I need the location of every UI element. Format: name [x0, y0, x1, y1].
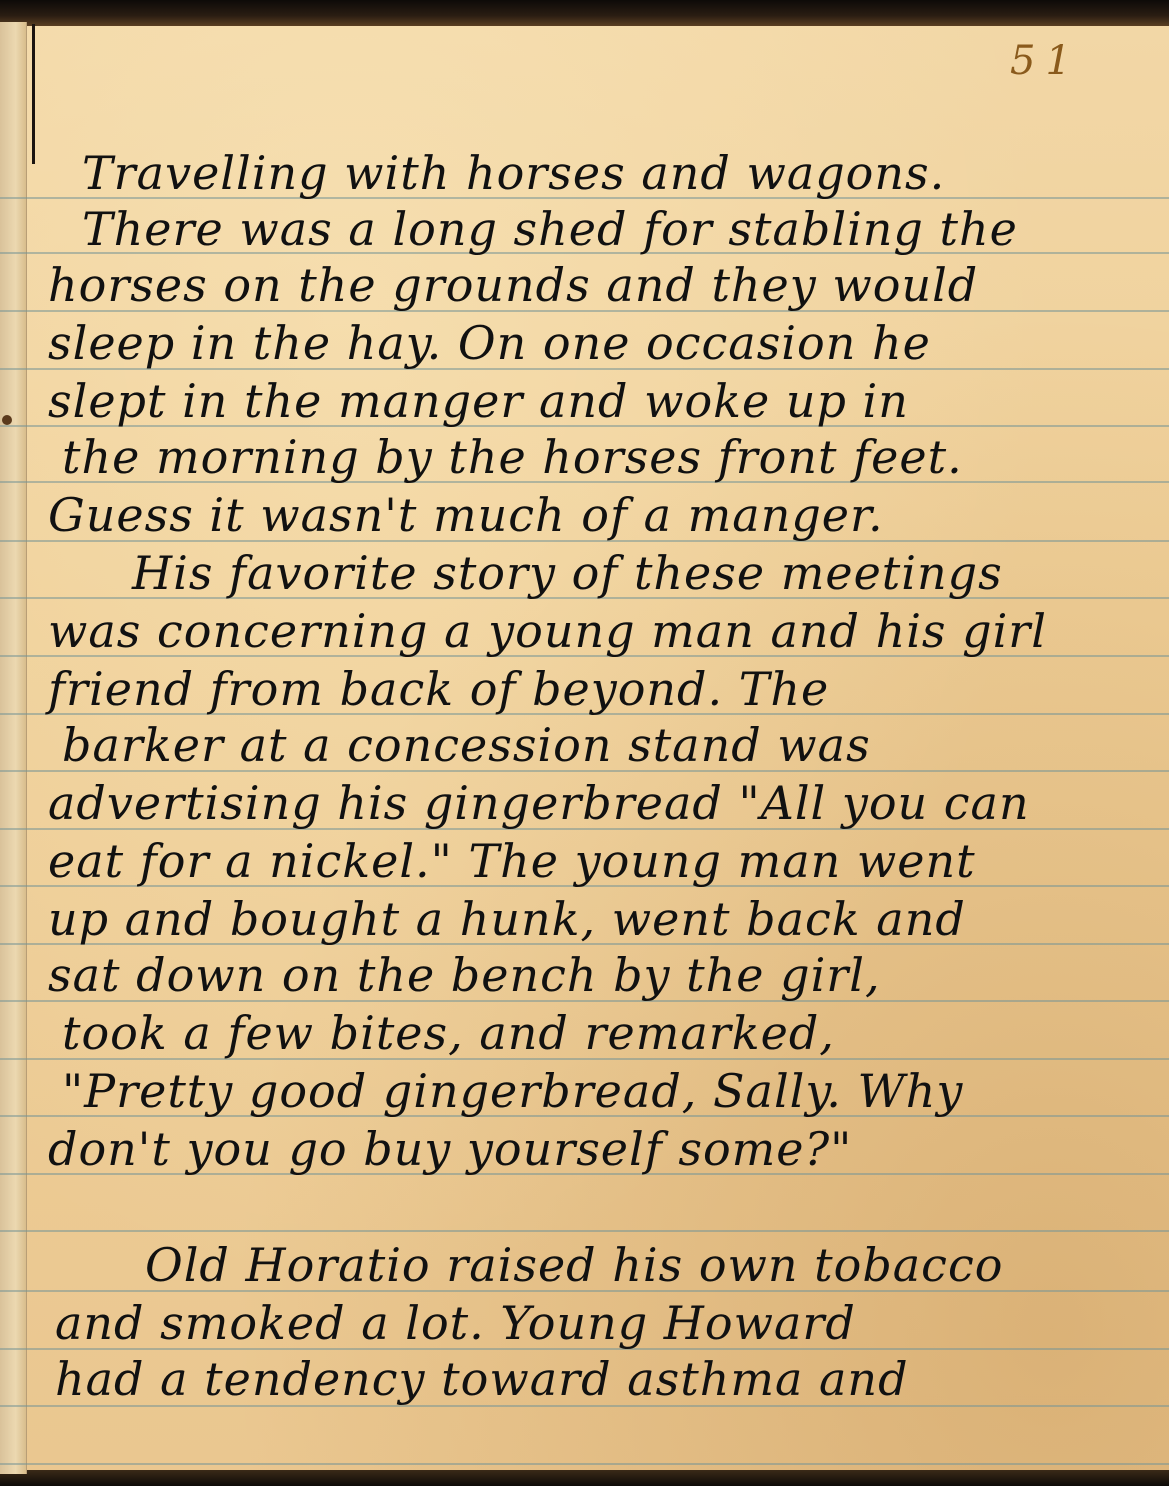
text-line: eat for a nickel." The young man went — [48, 838, 976, 884]
text-line: advertising his gingerbread "All you can — [48, 780, 1030, 826]
text-line: sleep in the hay. On one occasion he — [48, 320, 931, 366]
text-line: was concerning a young man and his girl — [48, 608, 1047, 654]
page-top-edge — [0, 0, 1169, 26]
text-line: Old Horatio raised his own tobacco — [145, 1242, 1003, 1288]
text-line: slept in the manger and woke up in — [48, 378, 909, 424]
text-line: There was a long shed for stabling the — [82, 206, 1018, 252]
text-line: don't you go buy yourself some?" — [48, 1126, 852, 1172]
rule-line — [0, 1230, 1169, 1232]
rule-line — [0, 1463, 1169, 1465]
text-line: horses on the grounds and they would — [48, 262, 978, 308]
text-line: friend from back of beyond. The — [48, 666, 829, 712]
text-line: His favorite story of these meetings — [132, 550, 1003, 596]
text-line: the morning by the horses front feet. — [62, 434, 963, 480]
text-line: "Pretty good gingerbread, Sally. Why — [62, 1068, 963, 1114]
text-line: Travelling with horses and wagons. — [82, 150, 945, 196]
binding-strip — [0, 22, 27, 1474]
text-line: and smoked a lot. Young Howard — [55, 1300, 856, 1346]
binding-hole — [2, 415, 12, 425]
text-line: took a few bites, and remarked, — [62, 1010, 835, 1056]
page-number: 51 — [1010, 38, 1081, 84]
page-bottom-edge — [0, 1470, 1169, 1486]
margin-mark — [32, 24, 35, 164]
text-line: Guess it wasn't much of a manger. — [48, 492, 884, 538]
text-line: sat down on the bench by the girl, — [48, 952, 881, 998]
text-line: up and bought a hunk, went back and — [48, 896, 966, 942]
text-line: barker at a concession stand was — [62, 722, 871, 768]
text-line: had a tendency toward asthma and — [55, 1356, 909, 1402]
